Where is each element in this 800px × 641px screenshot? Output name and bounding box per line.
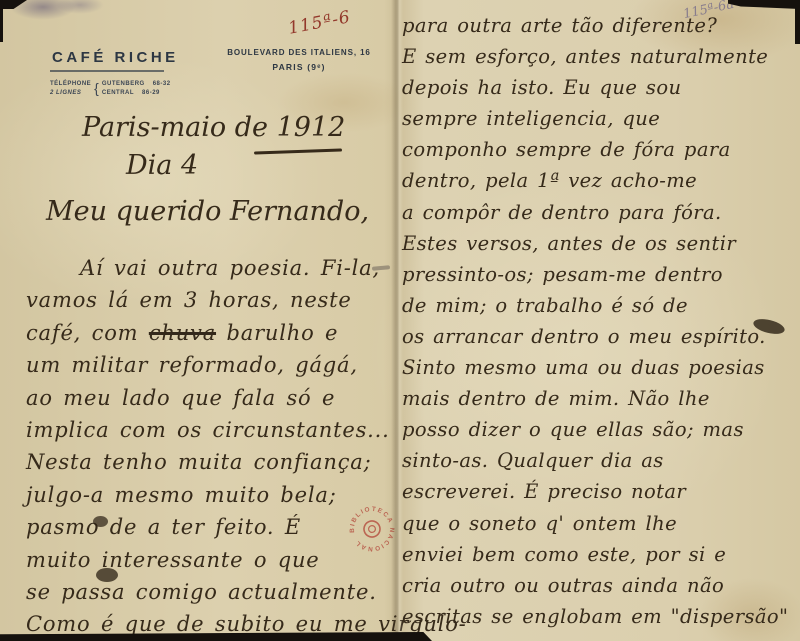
letterhead-phone-block: TÉLÉPHONE 2 LIGNES { GUTENBERG 68-32 CEN… (50, 80, 171, 96)
scan-edge-right-sliver (795, 0, 800, 44)
handwritten-line: que o soneto q' ontem lhe (402, 508, 800, 539)
phone2-exchange: CENTRAL (102, 90, 134, 96)
handwritten-line: escritas se englobam em "dispersão" (402, 601, 800, 632)
struck-word: chuva (149, 321, 216, 345)
letter-scan: CAFÉ RICHE TÉLÉPHONE 2 LIGNES { GUTENBER… (0, 0, 800, 641)
phone-number-1: GUTENBERG 68-32 (102, 81, 171, 87)
handwritten-line: se passa comigo actualmente. (26, 576, 398, 608)
letterhead-rule (50, 70, 164, 72)
ink-smudge (56, 0, 104, 14)
handwritten-line-with-strikethrough: café, com chuva barulho e (26, 317, 398, 349)
ink-blot (93, 516, 108, 527)
letterhead-address-city: PARIS (9ᵉ) (226, 62, 372, 72)
dateline-underline-stroke (254, 148, 342, 154)
phone-lines-label: 2 LIGNES (50, 90, 91, 96)
handwritten-line: E sem esforço, antes naturalmente (402, 41, 800, 72)
letterhead-phone-labels: TÉLÉPHONE 2 LIGNES (50, 81, 91, 96)
handwritten-line: posso dizer o que ellas são; mas (402, 414, 800, 445)
handwritten-line: componho sempre de fóra para (402, 134, 800, 165)
handwritten-line: Nesta tenho muita confiança; (26, 446, 398, 478)
line-suffix: barulho e (216, 321, 338, 345)
handwritten-line: dentro, pela 1ª vez acho-me (402, 165, 800, 196)
handwritten-line: a compôr de dentro para fóra. (402, 197, 800, 228)
handwritten-line: depois ha isto. Eu que sou (402, 72, 800, 103)
letterhead-cafe-name: CAFÉ RICHE (52, 49, 179, 66)
handwritten-line: mais dentro de mim. Não lhe (402, 383, 800, 414)
handwritten-line: cria outro ou outras ainda não (402, 570, 800, 601)
handwritten-salutation: Meu querido Fernando, (46, 196, 369, 227)
phone-number-2: CENTRAL 86-29 (102, 90, 171, 96)
handwritten-line: muito interessante o que (26, 544, 398, 576)
handwritten-day: Dia 4 (126, 150, 198, 181)
right-page-body: para outra arte tão diferente? E sem esf… (402, 10, 800, 632)
handwritten-line: enviei bem como este, por si e (402, 539, 800, 570)
phone1-number: 68-32 (153, 81, 171, 87)
scan-edge-left-sliver (0, 0, 3, 42)
handwritten-line: para outra arte tão diferente? (402, 10, 800, 41)
letterhead-phone-numbers: GUTENBERG 68-32 CENTRAL 86-29 (102, 81, 171, 96)
handwritten-line: pressinto-os; pesam-me dentro (402, 259, 800, 290)
phone-label: TÉLÉPHONE (50, 81, 91, 87)
handwritten-dateline: Paris-maio de 1912 (82, 112, 345, 143)
handwritten-line: de mim; o trabalho é só de (402, 290, 800, 321)
letterhead-brace: { (94, 80, 99, 96)
phone1-exchange: GUTENBERG (102, 81, 145, 87)
handwritten-line: ao meu lado que fala só e (26, 382, 398, 414)
handwritten-line: sempre inteligencia, que (402, 103, 800, 134)
handwritten-line: vamos lá em 3 horas, neste (26, 284, 398, 316)
line-prefix: café, com (26, 321, 149, 345)
archival-number-red-ink: 115ª-6 (287, 7, 353, 39)
handwritten-line: um militar reformado, gágá, (26, 349, 398, 381)
handwritten-line: julgo-a mesmo muito bela; (26, 479, 398, 511)
handwritten-line: os arrancar dentro o meu espírito. (402, 321, 800, 352)
letterhead-address: BOULEVARD DES ITALIENS, 16 PARIS (9ᵉ) (226, 48, 372, 72)
handwritten-line: sinto-as. Qualquer dia as (402, 445, 800, 476)
handwritten-line: escreverei. É preciso notar (402, 476, 800, 507)
handwritten-line: implica com os circunstantes... (26, 414, 398, 446)
ink-blot (96, 568, 118, 582)
left-page-body: Aí vai outra poesia. Fi-la, vamos lá em … (26, 252, 398, 641)
handwritten-line: Aí vai outra poesia. Fi-la, (26, 252, 398, 284)
handwritten-line: Sinto mesmo uma ou duas poesias (402, 352, 800, 383)
letterhead-address-street: BOULEVARD DES ITALIENS, 16 (226, 48, 372, 57)
handwritten-line: Estes versos, antes de os sentir (402, 228, 800, 259)
phone2-number: 86-29 (142, 90, 160, 96)
